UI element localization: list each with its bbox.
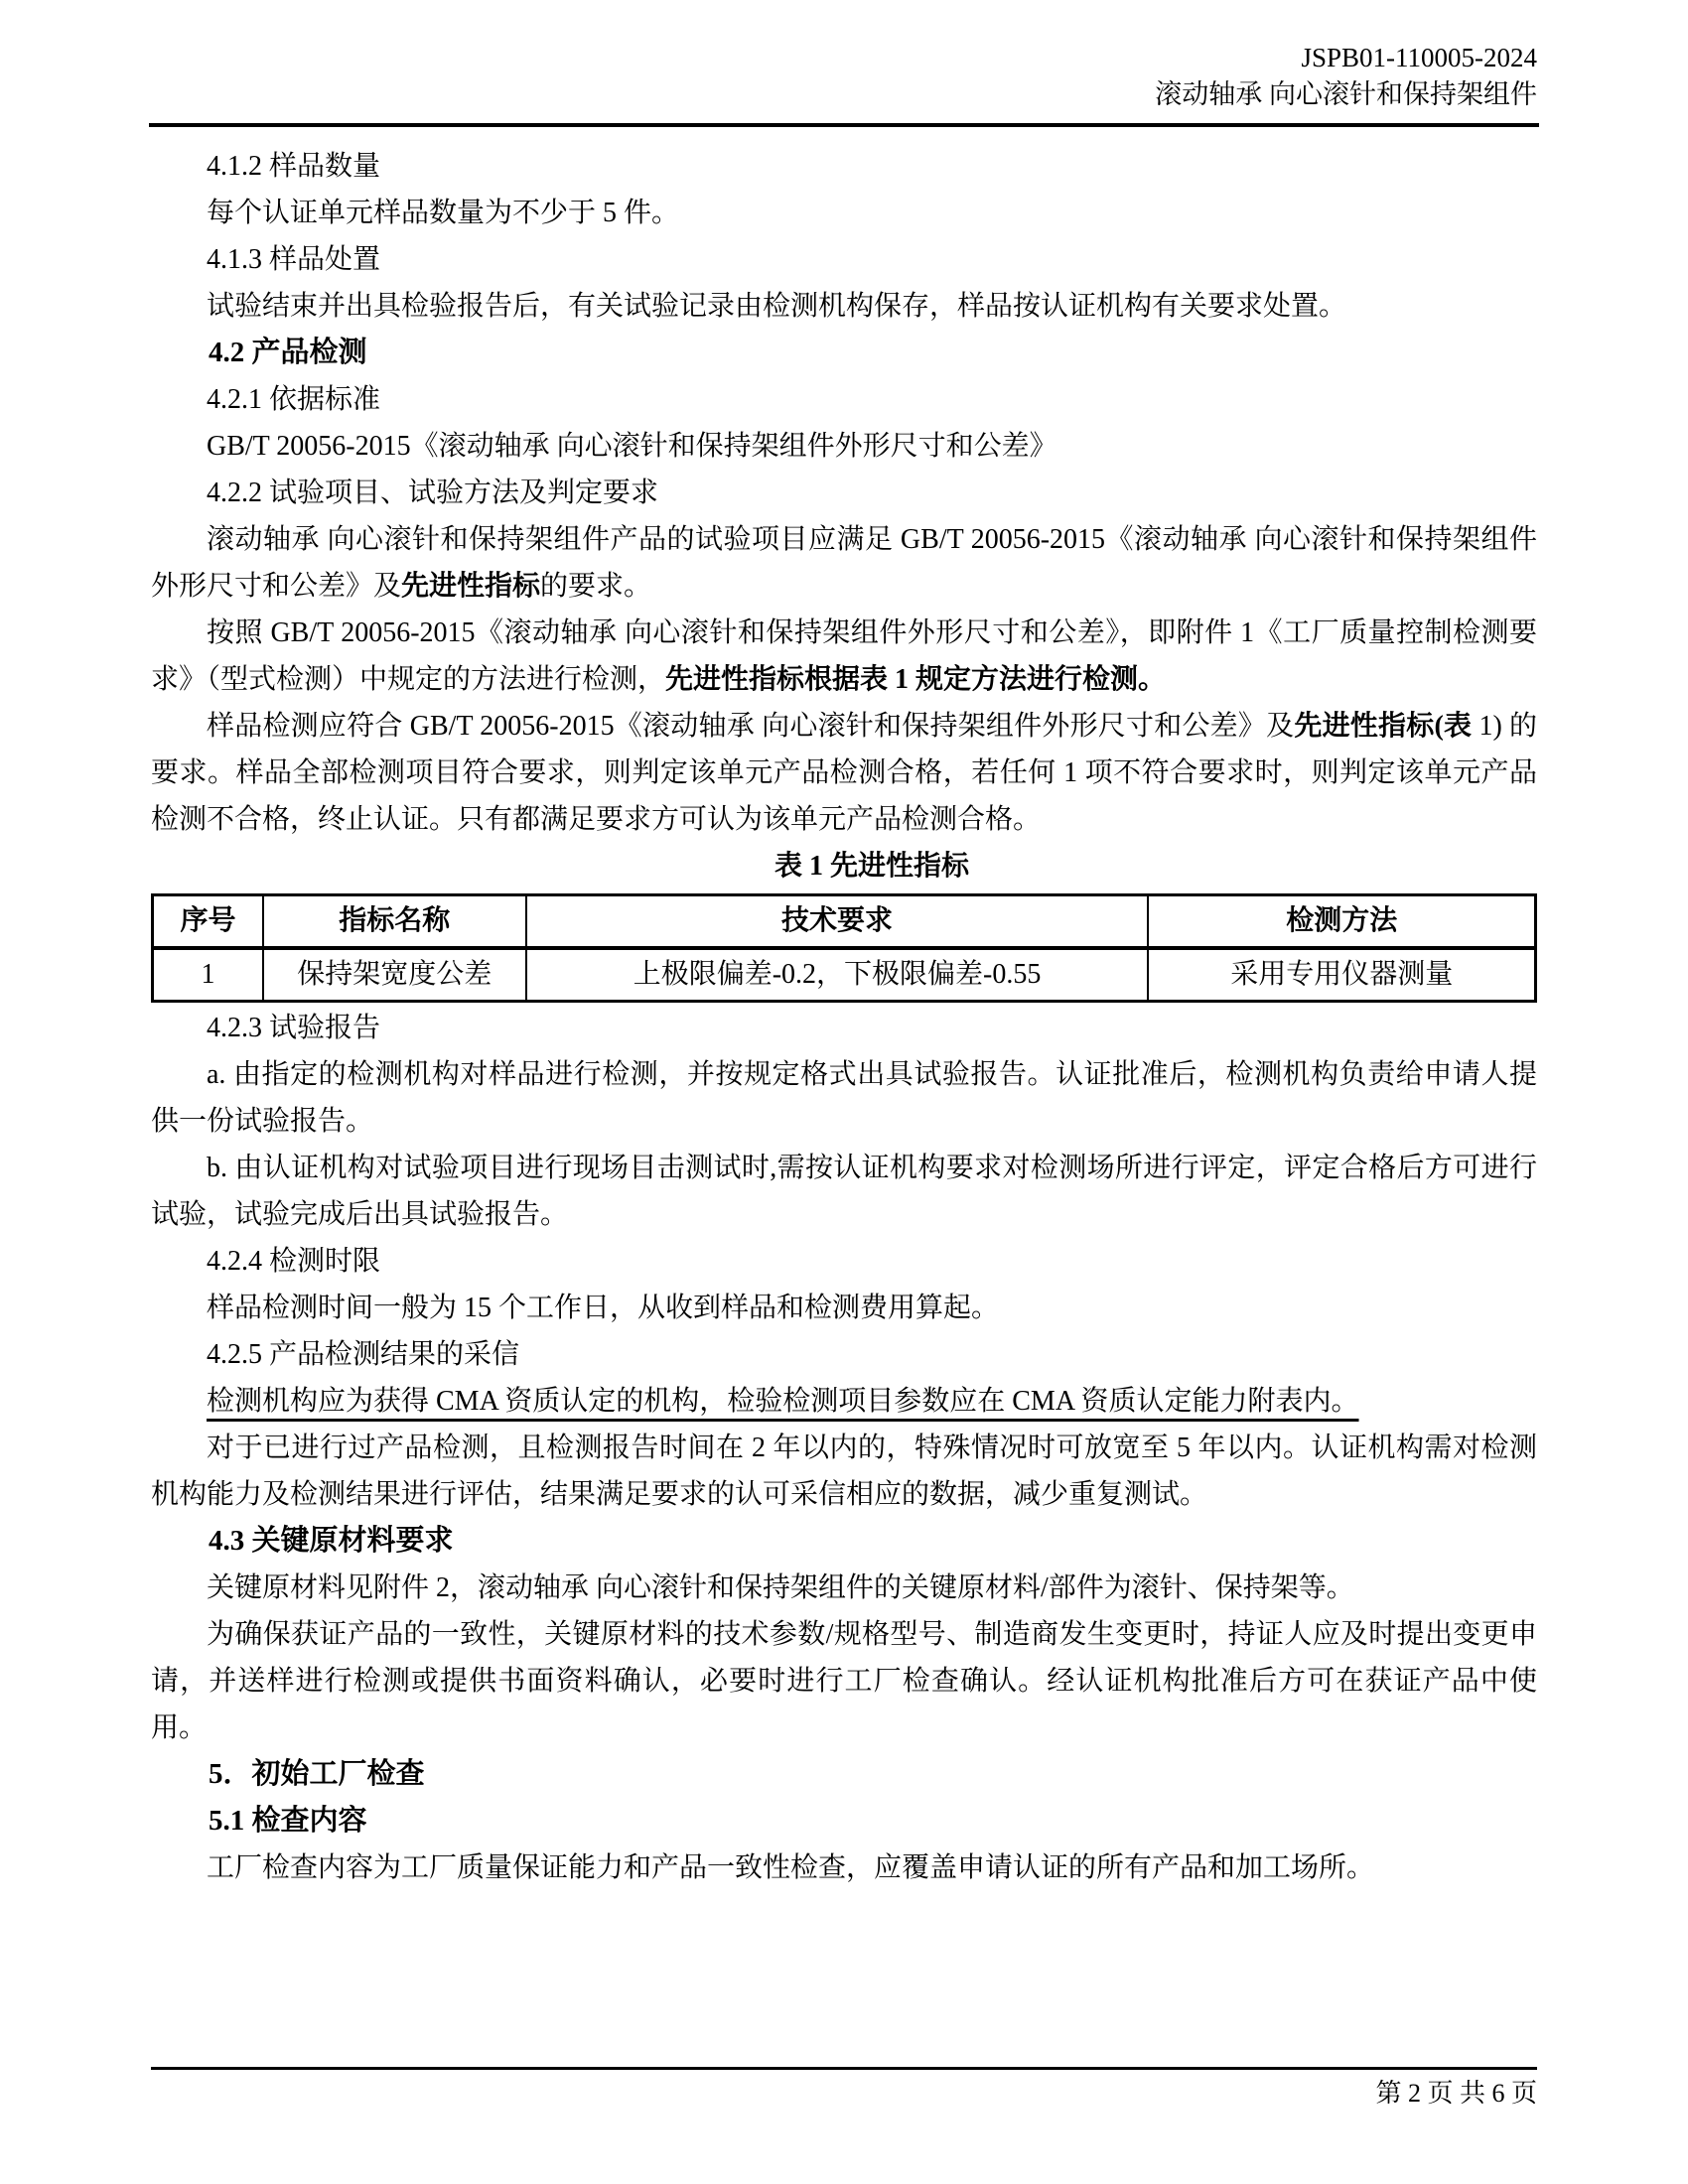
heading-5: 5．初始工厂检查 <box>151 1751 1537 1798</box>
heading-4-2-1: 4.2.1 依据标准 <box>151 376 1537 423</box>
heading-4-2-3: 4.2.3 试验报告 <box>151 1005 1537 1051</box>
paragraph-4-2-5-b: 对于已进行过产品检测，且检测报告时间在 2 年以内的，特殊情况时可放宽至 5 年… <box>151 1425 1537 1518</box>
paragraph-4-2-2-c: 样品检测应符合 GB/T 20056-2015《滚动轴承 向心滚针和保持架组件外… <box>151 703 1537 843</box>
cell-technical-requirement: 上极限偏差-0.2，下极限偏差-0.55 <box>526 948 1149 1002</box>
col-header-technical-requirement: 技术要求 <box>526 895 1149 949</box>
bold-text-run: 先进性指标根据表 1 规定方法进行检测。 <box>665 664 1166 695</box>
page-footer: 第 2 页 共 6 页 <box>151 2067 1537 2110</box>
paragraph-4-2-5-underlined: 检测机构应为获得 CMA 资质认定的机构，检验检测项目参数应在 CMA 资质认定… <box>151 1378 1537 1425</box>
bold-text-run: 先进性指标 <box>401 571 540 602</box>
table-1-body: 1 保持架宽度公差 上极限偏差-0.2，下极限偏差-0.55 采用专用仪器测量 <box>153 948 1536 1002</box>
heading-4-2-4: 4.2.4 检测时限 <box>151 1238 1537 1285</box>
heading-5-1: 5.1 检查内容 <box>151 1798 1537 1844</box>
paragraph-4-2-3-b: b. 由认证机构对试验项目进行现场目击测试时,需按认证机构要求对检测场所进行评定… <box>151 1145 1537 1238</box>
document-number: JSPB01-110005-2024 <box>151 40 1537 76</box>
heading-4-1-2: 4.1.2 样品数量 <box>151 143 1537 190</box>
col-header-test-method: 检测方法 <box>1148 895 1535 949</box>
table-1-advanced-indicators: 序号 指标名称 技术要求 检测方法 1 保持架宽度公差 上极限偏差-0.2，下极… <box>151 893 1537 1003</box>
table-header-row: 序号 指标名称 技术要求 检测方法 <box>153 895 1536 949</box>
document-body: 4.1.2 样品数量 每个认证单元样品数量为不少于 5 件。 4.1.3 样品处… <box>0 127 1688 1891</box>
document-page: { "header": { "doc_number": "JSPB01-1100… <box>0 0 1688 2184</box>
paragraph-4-3-a: 关键原材料见附件 2，滚动轴承 向心滚针和保持架组件的关键原材料/部件为滚针、保… <box>151 1565 1537 1611</box>
paragraph-5-1: 工厂检查内容为工厂质量保证能力和产品一致性检查，应覆盖申请认证的所有产品和加工场… <box>151 1844 1537 1891</box>
text-run: 样品检测应符合 GB/T 20056-2015《滚动轴承 向心滚针和保持架组件外… <box>207 711 1294 742</box>
cell-indicator-name: 保持架宽度公差 <box>263 948 526 1002</box>
page-number: 第 2 页 共 6 页 <box>151 2070 1537 2110</box>
paragraph-4-1-2: 每个认证单元样品数量为不少于 5 件。 <box>151 190 1537 236</box>
underlined-text-run: 检测机构应为获得 CMA 资质认定的机构，检验检测项目参数应在 CMA 资质认定… <box>207 1386 1359 1417</box>
cell-serial-number: 1 <box>153 948 263 1002</box>
heading-4-2: 4.2 产品检测 <box>151 330 1537 376</box>
document-title: 滚动轴承 向心滚针和保持架组件 <box>151 76 1537 113</box>
paragraph-4-2-1: GB/T 20056-2015《滚动轴承 向心滚针和保持架组件外形尺寸和公差》 <box>151 423 1537 470</box>
paragraph-4-3-b: 为确保获证产品的一致性，关键原材料的技术参数/规格型号、制造商发生变更时，持证人… <box>151 1611 1537 1751</box>
heading-4-2-2: 4.2.2 试验项目、试验方法及判定要求 <box>151 470 1537 516</box>
paragraph-4-2-3-a: a. 由指定的检测机构对样品进行检测，并按规定格式出具试验报告。认证批准后，检测… <box>151 1051 1537 1145</box>
col-header-indicator-name: 指标名称 <box>263 895 526 949</box>
col-header-serial-number: 序号 <box>153 895 263 949</box>
paragraph-4-1-3: 试验结束并出具检验报告后，有关试验记录由检测机构保存，样品按认证机构有关要求处置… <box>151 283 1537 330</box>
paragraph-4-2-2-b: 按照 GB/T 20056-2015《滚动轴承 向心滚针和保持架组件外形尺寸和公… <box>151 610 1537 703</box>
table-1-header: 序号 指标名称 技术要求 检测方法 <box>153 895 1536 949</box>
cell-test-method: 采用专用仪器测量 <box>1148 948 1535 1002</box>
table-1-caption: 表 1 先进性指标 <box>151 843 1537 889</box>
table-row: 1 保持架宽度公差 上极限偏差-0.2，下极限偏差-0.55 采用专用仪器测量 <box>153 948 1536 1002</box>
text-run: 滚动轴承 向心滚针和保持架组件产品的试验项目应满足 GB/T 20056-201… <box>151 524 1537 602</box>
bold-text-run: 先进性指标(表 <box>1294 711 1472 742</box>
heading-4-2-5: 4.2.5 产品检测结果的采信 <box>151 1331 1537 1378</box>
paragraph-4-2-4: 样品检测时间一般为 15 个工作日，从收到样品和检测费用算起。 <box>151 1285 1537 1331</box>
text-run: 的要求。 <box>540 571 651 602</box>
page-header: JSPB01-110005-2024 滚动轴承 向心滚针和保持架组件 <box>0 0 1688 113</box>
heading-4-3: 4.3 关键原材料要求 <box>151 1518 1537 1565</box>
paragraph-4-2-2-a: 滚动轴承 向心滚针和保持架组件产品的试验项目应满足 GB/T 20056-201… <box>151 516 1537 610</box>
heading-4-1-3: 4.1.3 样品处置 <box>151 236 1537 283</box>
